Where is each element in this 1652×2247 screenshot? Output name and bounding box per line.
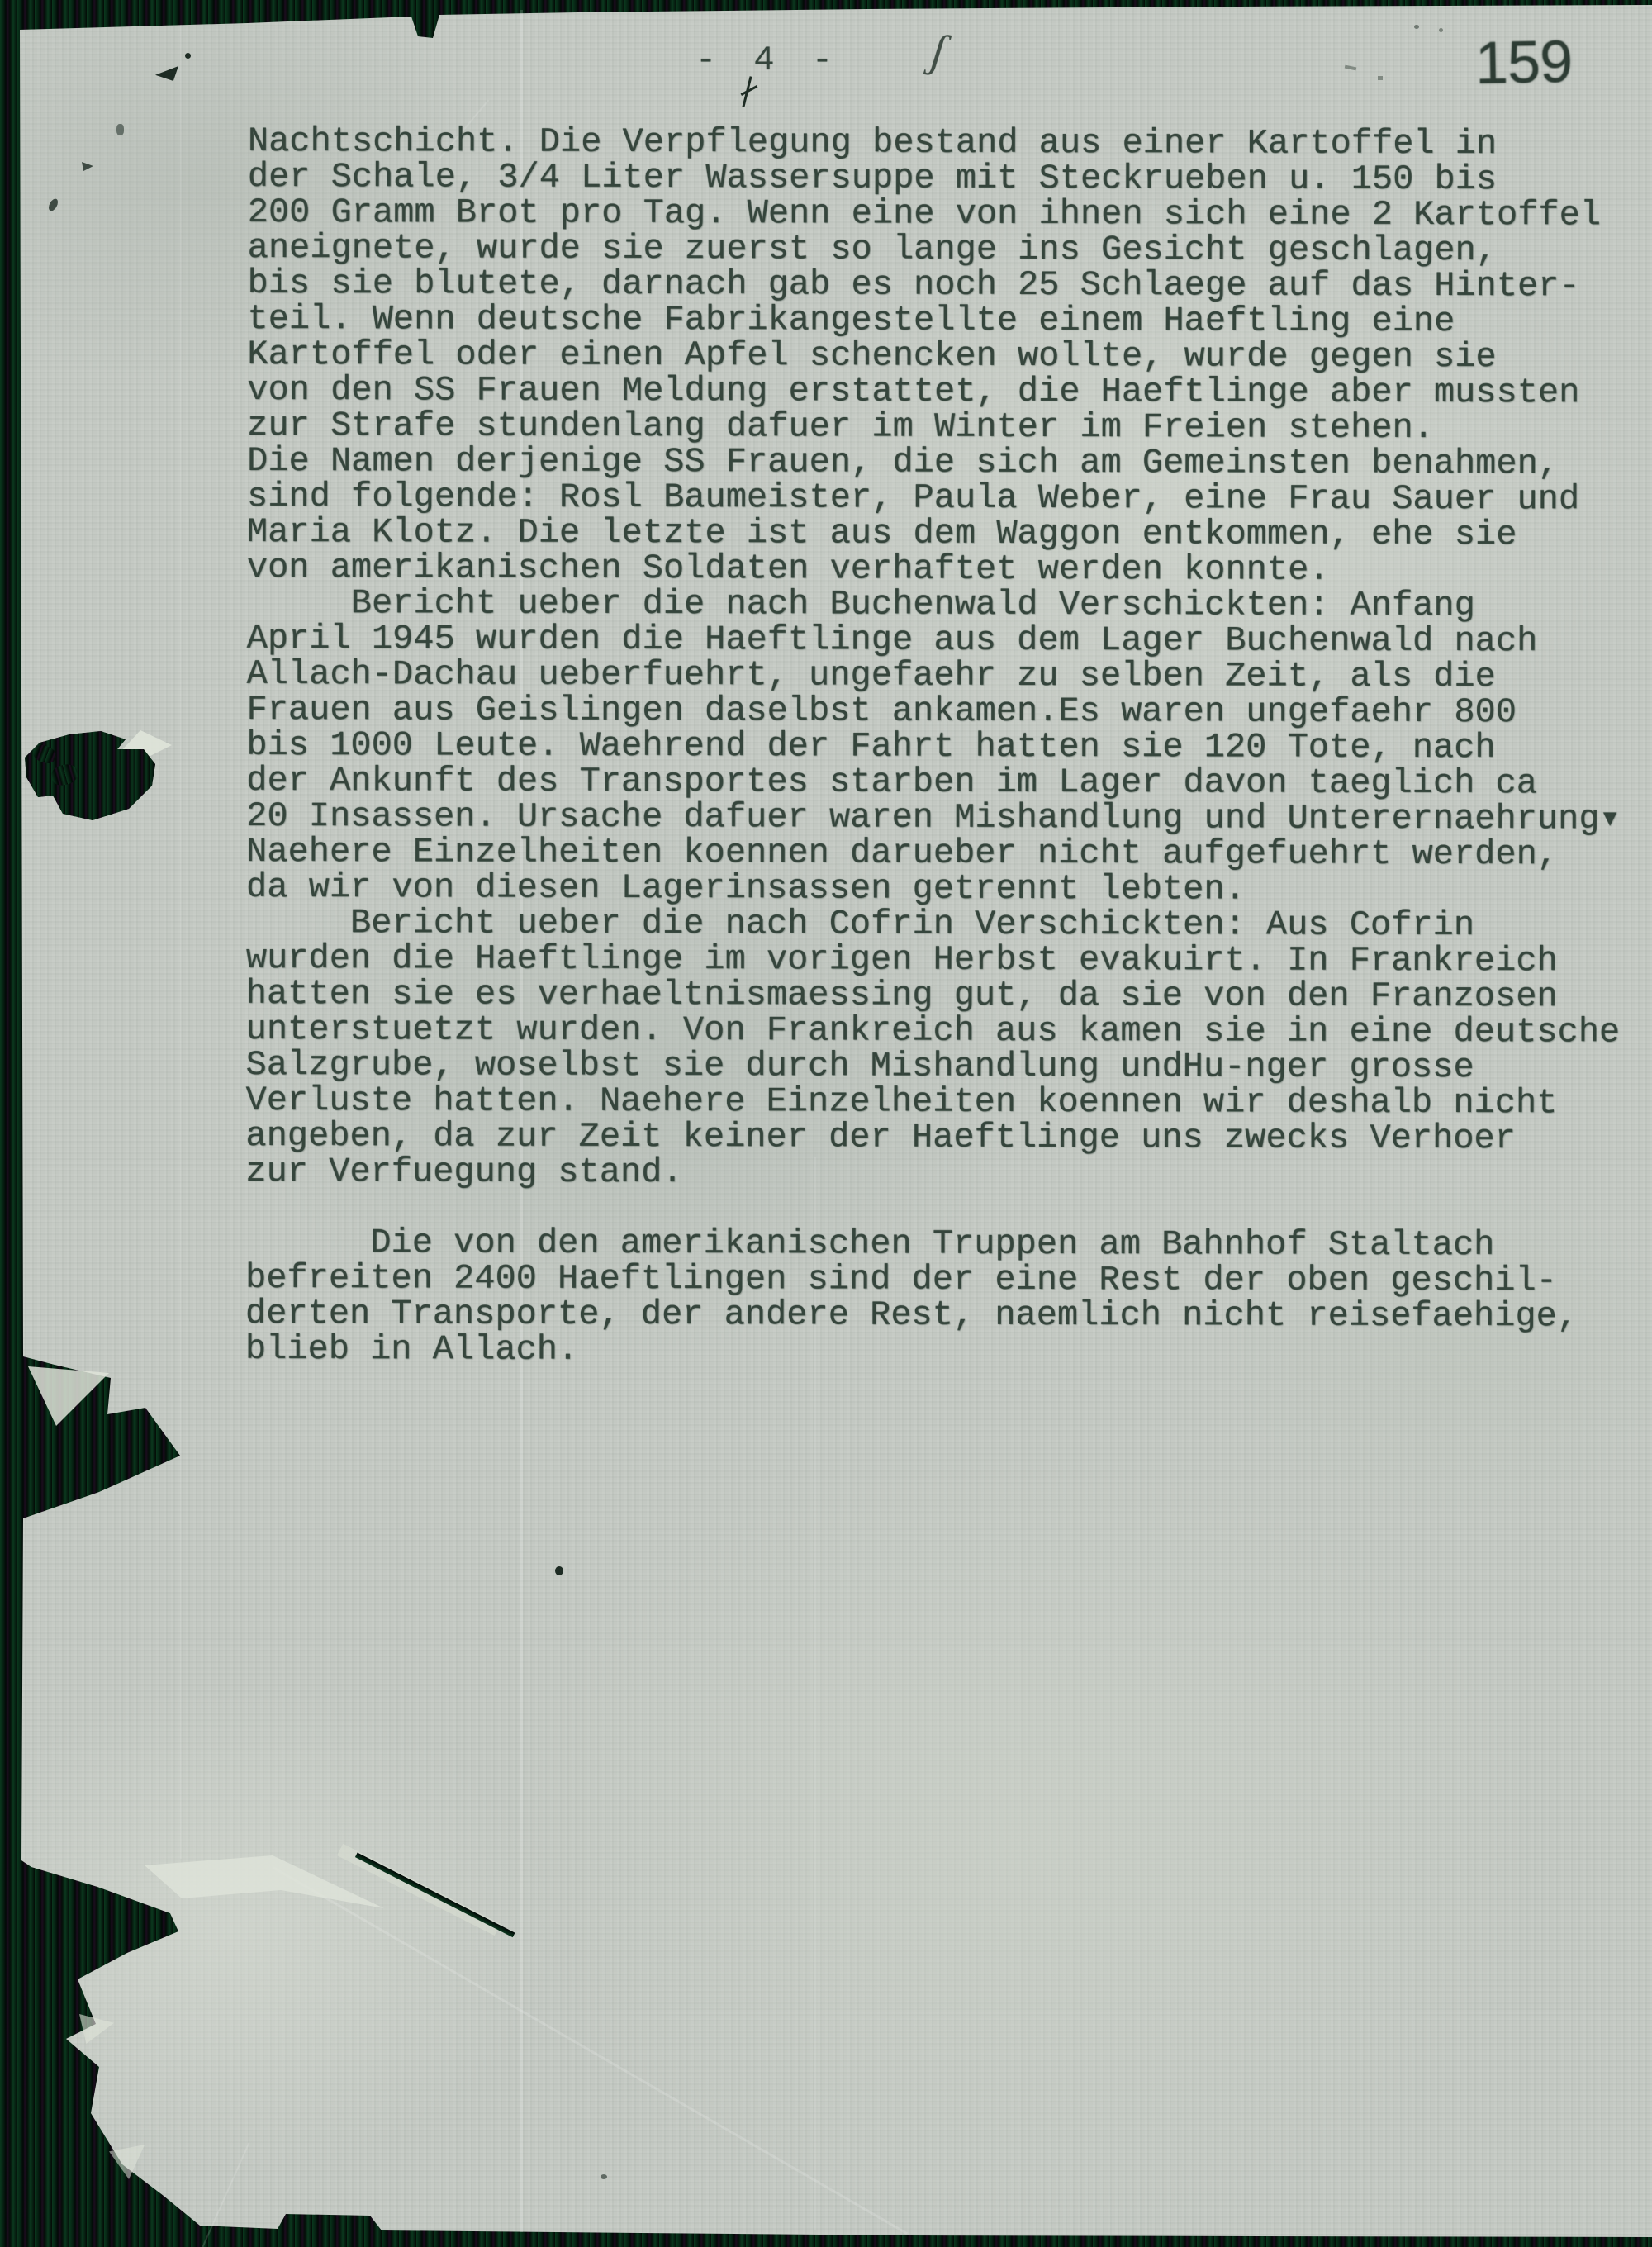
ink-speck-dot <box>1439 28 1443 32</box>
text-line: sind folgende: Rosl Baumeister, Paula We… <box>247 479 1621 517</box>
text-line: der Ankunft des Transportes starben im L… <box>246 763 1621 801</box>
typewritten-body-text: Nachtschicht. Die Verpflegung bestand au… <box>245 124 1622 1370</box>
text-line: befreiten 2400 Haeftlingen sind der eine… <box>245 1261 1620 1299</box>
text-line: derten Transporte, der andere Rest, naem… <box>245 1296 1620 1334</box>
text-line: Nachtschicht. Die Verpflegung bestand au… <box>248 124 1622 162</box>
text-line: 200 Gramm Brot pro Tag. Wenn eine von ih… <box>248 195 1622 233</box>
text-line: wurden die Haeftlinge im vorigen Herbst … <box>246 941 1621 979</box>
text-line: Salzgrube, woselbst sie durch Mishandlun… <box>246 1047 1621 1085</box>
crease-line-vertical <box>180 25 182 1859</box>
ink-speck-dot <box>555 1566 563 1575</box>
scanned-document-page: - 4 - ʃ 159 Nachtschicht. Die Verpflegun… <box>0 0 1652 2247</box>
text-line: da wir von diesen Lagerinsassen getrennt… <box>246 870 1621 908</box>
text-line: aneignete, wurde sie zuerst so lange ins… <box>248 230 1622 268</box>
text-line: Allach-Dachau ueberfuehrt, ungefaehr zu … <box>247 657 1621 695</box>
text-line: zur Strafe stundenlang dafuer im Winter … <box>247 408 1621 446</box>
text-line: bis sie blutete, darnach gab es noch 25 … <box>248 266 1622 304</box>
text-line: Maria Klotz. Die letzte ist aus dem Wagg… <box>247 515 1621 553</box>
text-line: der Schale, 3/4 Liter Wassersuppe mit St… <box>248 159 1622 197</box>
text-line: April 1945 wurden die Haeftlinge aus dem… <box>247 621 1621 659</box>
text-line: Verluste hatten. Naehere Einzelheiten ko… <box>245 1083 1620 1121</box>
text-line: von amerikanischen Soldaten verhaftet we… <box>247 550 1621 588</box>
ink-speck <box>601 2174 607 2179</box>
page-number-marker: - 4 - <box>695 43 841 78</box>
text-line: Kartoffel oder einen Apfel schencken wol… <box>247 337 1621 375</box>
text-line: teil. Wenn deutsche Fabrikangestellte ei… <box>247 302 1621 340</box>
ink-speck-dot <box>1414 25 1419 29</box>
text-line: Bericht ueber die nach Cofrin Verschickt… <box>246 905 1621 943</box>
text-line: angeben, da zur Zeit keiner der Haeftlin… <box>245 1119 1620 1157</box>
stamp-page-number: 159 <box>1474 32 1572 93</box>
text-line: bis 1000 Leute. Waehrend der Fahrt hatte… <box>246 728 1621 766</box>
text-line: Die Namen derjenige SS Frauen, die sich … <box>247 444 1621 482</box>
ink-speck-dot <box>185 53 191 59</box>
text-line: hatten sie es verhaeltnismaessing gut, d… <box>246 976 1621 1014</box>
text-line: Naehere Einzelheiten koennen darueber ni… <box>246 834 1621 872</box>
text-line: von den SS Frauen Meldung erstattet, die… <box>247 373 1621 411</box>
text-line: unterstuetzt wurden. Von Frankreich aus … <box>246 1012 1621 1050</box>
text-line: Bericht ueber die nach Buchenwald Versch… <box>247 586 1621 624</box>
text-line: Die von den amerikanischen Truppen am Ba… <box>245 1225 1620 1263</box>
text-line: Frauen aus Geislingen daselbst ankamen.E… <box>246 692 1621 730</box>
text-line: blieb in Allach. <box>245 1332 1620 1370</box>
text-line <box>245 1190 1620 1228</box>
ink-speck-dot <box>1378 76 1383 80</box>
text-line: zur Verfuegung stand. <box>245 1154 1620 1192</box>
ink-speck <box>116 124 124 135</box>
text-line: 20 Insassen. Ursache dafuer waren Mishan… <box>246 799 1621 837</box>
